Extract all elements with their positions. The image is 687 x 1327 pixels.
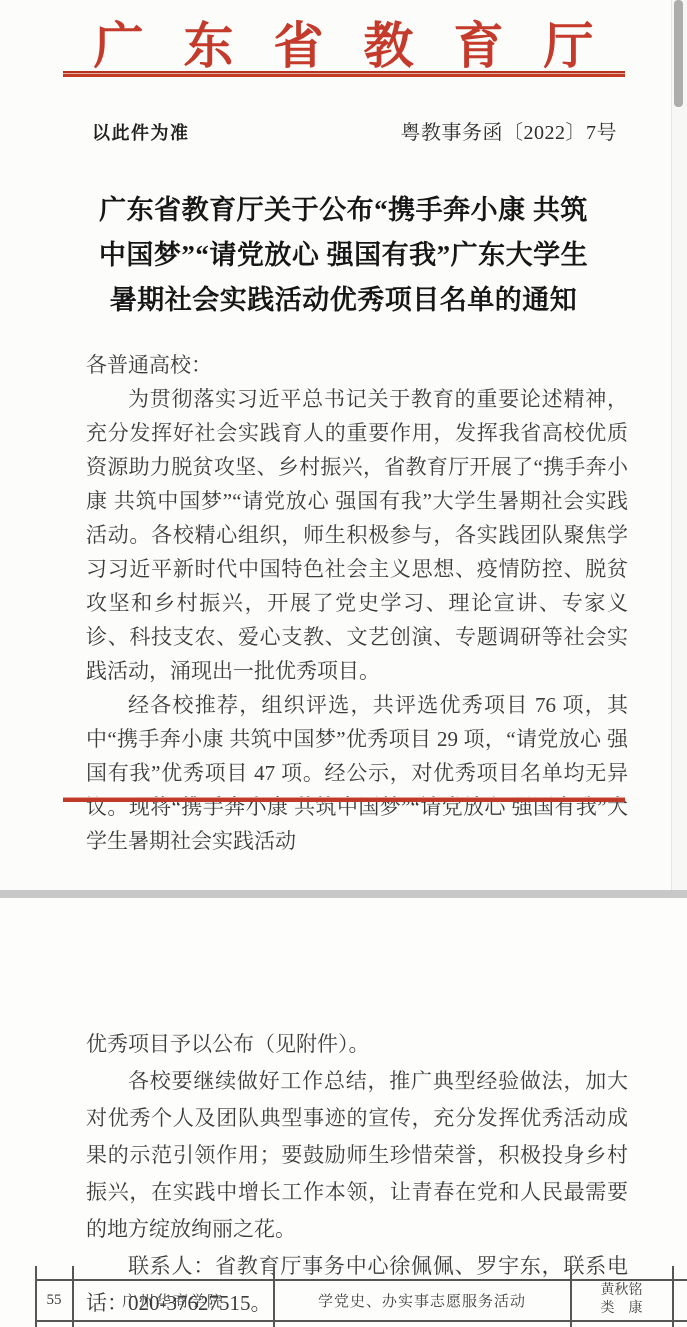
scrollbar-track bbox=[671, 0, 687, 890]
member-name-1: 黄秋铭 bbox=[601, 1282, 643, 1300]
document-title-line-3: 暑期社会实践活动优秀项目名单的通知 bbox=[0, 278, 687, 323]
document-title: 广东省教育厅关于公布“携手奔小康 共筑 中国梦”“请党放心 强国有我”广东大学生… bbox=[0, 188, 687, 323]
validity-note: 以此件为准 bbox=[92, 119, 190, 145]
table-cell-project: 学党史、办实事志愿服务活动 bbox=[274, 1280, 570, 1320]
page-2: 优秀项目予以公布（见附件）。 各校要继续做好工作总结，推广典型经验做法，加大对优… bbox=[0, 898, 687, 1327]
body-paragraph-3: 各校要继续做好工作总结，推广典型经验做法，加大对优秀个人及团队典型事迹的宣传，充… bbox=[86, 1063, 628, 1248]
salutation: 各普通高校： bbox=[86, 348, 628, 382]
agency-title: 广东省教育厅 bbox=[0, 6, 687, 78]
table-cell-school: 广州华商学院 bbox=[73, 1280, 273, 1320]
continuation-line: 优秀项目予以公布（见附件）。 bbox=[86, 1026, 628, 1063]
scrollbar-thumb[interactable] bbox=[674, 0, 683, 107]
table-cell-number: 55 bbox=[36, 1280, 72, 1320]
red-footer-rule bbox=[63, 797, 625, 802]
table-vline bbox=[672, 1266, 674, 1327]
document-title-line-2: 中国梦”“请党放心 强国有我”广东大学生 bbox=[0, 233, 687, 278]
member-name-2: 类 康 bbox=[601, 1300, 643, 1318]
table-cell-members: 黄秋铭 类 康 bbox=[571, 1280, 672, 1320]
page-separator bbox=[0, 890, 687, 898]
document-scan: 广东省教育厅 以此件为准 粤教事务函〔2022〕7号 广东省教育厅关于公布“携手… bbox=[0, 0, 687, 1327]
page-1: 广东省教育厅 以此件为准 粤教事务函〔2022〕7号 广东省教育厅关于公布“携手… bbox=[0, 0, 687, 890]
body-paragraph-1: 为贯彻落实习近平总书记关于教育的重要论述精神，充分发挥好社会实践育人的重要作用，… bbox=[86, 382, 628, 688]
meta-row: 以此件为准 粤教事务函〔2022〕7号 bbox=[92, 116, 617, 145]
red-header-rule bbox=[63, 71, 625, 77]
table-hline bbox=[35, 1320, 687, 1322]
document-number: 粤教事务函〔2022〕7号 bbox=[401, 116, 618, 145]
document-title-line-1: 广东省教育厅关于公布“携手奔小康 共筑 bbox=[0, 188, 687, 233]
body-paragraph-2: 经各校推荐，组织评选，共评选优秀项目 76 项，其中“携手奔小康 共筑中国梦”优… bbox=[86, 688, 628, 858]
page-1-body: 各普通高校： 为贯彻落实习近平总书记关于教育的重要论述精神，充分发挥好社会实践育… bbox=[86, 348, 628, 858]
page-2-body: 优秀项目予以公布（见附件）。 各校要继续做好工作总结，推广典型经验做法，加大对优… bbox=[86, 1026, 628, 1322]
